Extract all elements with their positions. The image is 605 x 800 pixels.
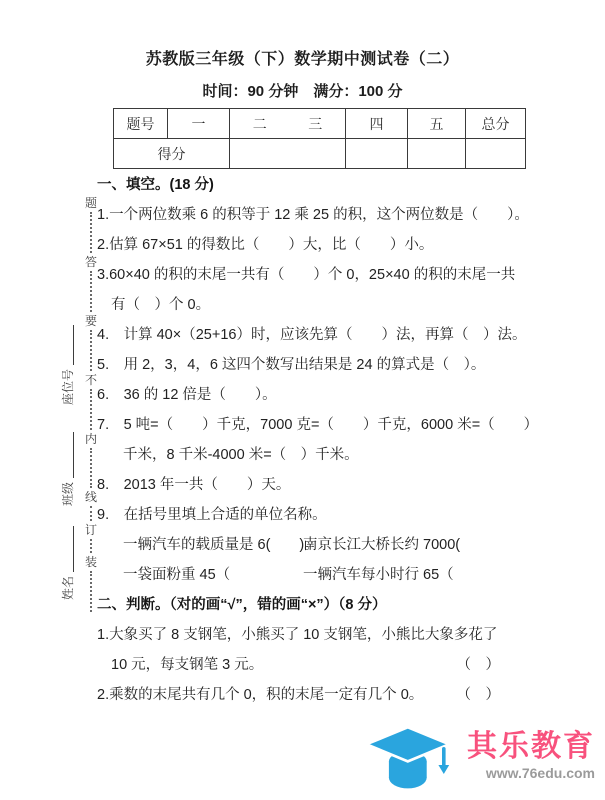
question-number-header: 题号 <box>114 109 168 139</box>
fill-item-9: 9. 在括号里填上合适的单位名称。 <box>97 500 522 530</box>
fill-item-8: 8. 2013 年一共（ ）天。 <box>97 470 522 500</box>
judge-item-1-line1: 1.大象买了 8 支钢笔，小熊买了 10 支钢笔，小熊比大象多花了 <box>97 620 522 650</box>
col-two-label: 二 <box>253 114 267 134</box>
judge-item-2: 2.乘数的末尾共有几个 0，积的末尾一定有几个 0。 （ ） <box>97 680 522 710</box>
fill-item-9-units-line1: 一辆汽车的载质量是 6( )。 南京长江大桥长约 7000( <box>97 530 522 560</box>
class-field: 班级 <box>57 430 77 506</box>
seat-number-field: 座位号 <box>57 319 77 405</box>
table-row: 题号 一 二 三 四 五 总分 <box>114 109 526 139</box>
brand-footer: 其乐教育 www.76edu.com <box>369 720 595 792</box>
fill-item-2: 2.估算 67×51 的得数比（ ）大，比（ ）小。 <box>97 230 522 260</box>
page-title: 苏教版三年级（下）数学期中测试卷（二） <box>0 46 605 69</box>
judge-item-1-answer-blank: （ ） <box>457 650 501 680</box>
fill-item-6: 6. 36 的 12 倍是（ ）。 <box>97 380 522 410</box>
fill-item-7-line1: 7. 5 吨=（ ）千克，7000 克=（ ）千克，6000 米=（ ） <box>97 410 522 440</box>
name-blank <box>60 526 74 572</box>
seat-number-blank <box>60 325 74 365</box>
graduation-cap-icon <box>369 720 461 792</box>
unit-flour-weight: 一袋面粉重 45（ <box>123 560 303 590</box>
name-field: 姓名 <box>57 524 77 600</box>
seal-char: 装 <box>85 555 97 569</box>
seal-char: 题 <box>85 196 97 210</box>
site-url: www.76edu.com <box>486 764 595 782</box>
col-three-label: 三 <box>308 114 322 134</box>
table-row: 得分 <box>114 139 526 169</box>
seal-char: 订 <box>85 523 97 537</box>
class-blank <box>60 432 74 478</box>
col-two-three: 二 三 <box>230 109 346 139</box>
col-one: 一 <box>168 109 230 139</box>
section-two-heading: 二、判断。（对的画“√”，错的画“×”）（8 分） <box>97 590 522 620</box>
unit-bridge-length: 南京长江大桥长约 7000( <box>303 530 460 560</box>
judge-item-2-text: 2.乘数的末尾共有几个 0，积的末尾一定有几个 0。 <box>97 680 423 710</box>
score-cell <box>408 139 466 169</box>
time-score-subtitle: 时间：90 分钟 满分：100 分 <box>0 80 605 101</box>
judge-item-1-line2: 10 元，每支钢笔 3 元。 （ ） <box>97 650 522 680</box>
seal-char: 线 <box>85 490 97 504</box>
score-cell <box>466 139 526 169</box>
col-four: 四 <box>346 109 408 139</box>
fill-item-7-line2: 千米，8 千米-4000 米=（ ）千米。 <box>97 440 522 470</box>
seat-number-label: 座位号 <box>59 369 76 405</box>
seal-char: 要 <box>85 314 97 328</box>
fill-item-3-line1: 3.60×40 的积的末尾一共有（ ）个 0，25×40 的积的末尾一共 <box>97 260 522 290</box>
test-paper-page: 苏教版三年级（下）数学期中测试卷（二） 时间：90 分钟 满分：100 分 题号… <box>0 0 605 800</box>
score-table: 题号 一 二 三 四 五 总分 得分 <box>113 108 526 169</box>
score-row-header: 得分 <box>114 139 230 169</box>
judge-item-2-answer-blank: （ ） <box>457 680 501 710</box>
unit-truck-load: 一辆汽车的载质量是 6( )。 <box>123 530 303 560</box>
seal-char: 内 <box>85 432 97 446</box>
brand-name: 其乐教育 <box>467 730 595 764</box>
fill-item-5: 5. 用 2，3，4，6 这四个数写出结果是 24 的算式是（ ）。 <box>97 350 522 380</box>
name-label: 姓名 <box>59 576 76 600</box>
fill-item-4: 4. 计算 40×（25+16）时，应该先算（ ）法，再算（ ）法。 <box>97 320 522 350</box>
paper-body: 一、填空。(18 分) 1.一个两位数乘 6 的积等于 12 乘 25 的积，这… <box>97 170 522 710</box>
score-cell <box>346 139 408 169</box>
score-cell <box>230 139 346 169</box>
unit-car-speed: 一辆汽车每小时行 65（ <box>303 560 454 590</box>
judge-item-1-text: 10 元，每支钢笔 3 元。 <box>97 650 263 680</box>
col-five: 五 <box>408 109 466 139</box>
class-label: 班级 <box>59 482 76 506</box>
section-one-heading: 一、填空。(18 分) <box>97 170 522 200</box>
col-total: 总分 <box>466 109 526 139</box>
fill-item-9-units-line2: 一袋面粉重 45（ 一辆汽车每小时行 65（ <box>97 560 522 590</box>
fill-item-1: 1.一个两位数乘 6 的积等于 12 乘 25 的积，这个两位数是（ ）。 <box>97 200 522 230</box>
seal-char: 不 <box>85 373 97 387</box>
fill-item-3-line2: 有（ ）个 0。 <box>97 290 522 320</box>
seal-char: 答 <box>85 255 97 269</box>
